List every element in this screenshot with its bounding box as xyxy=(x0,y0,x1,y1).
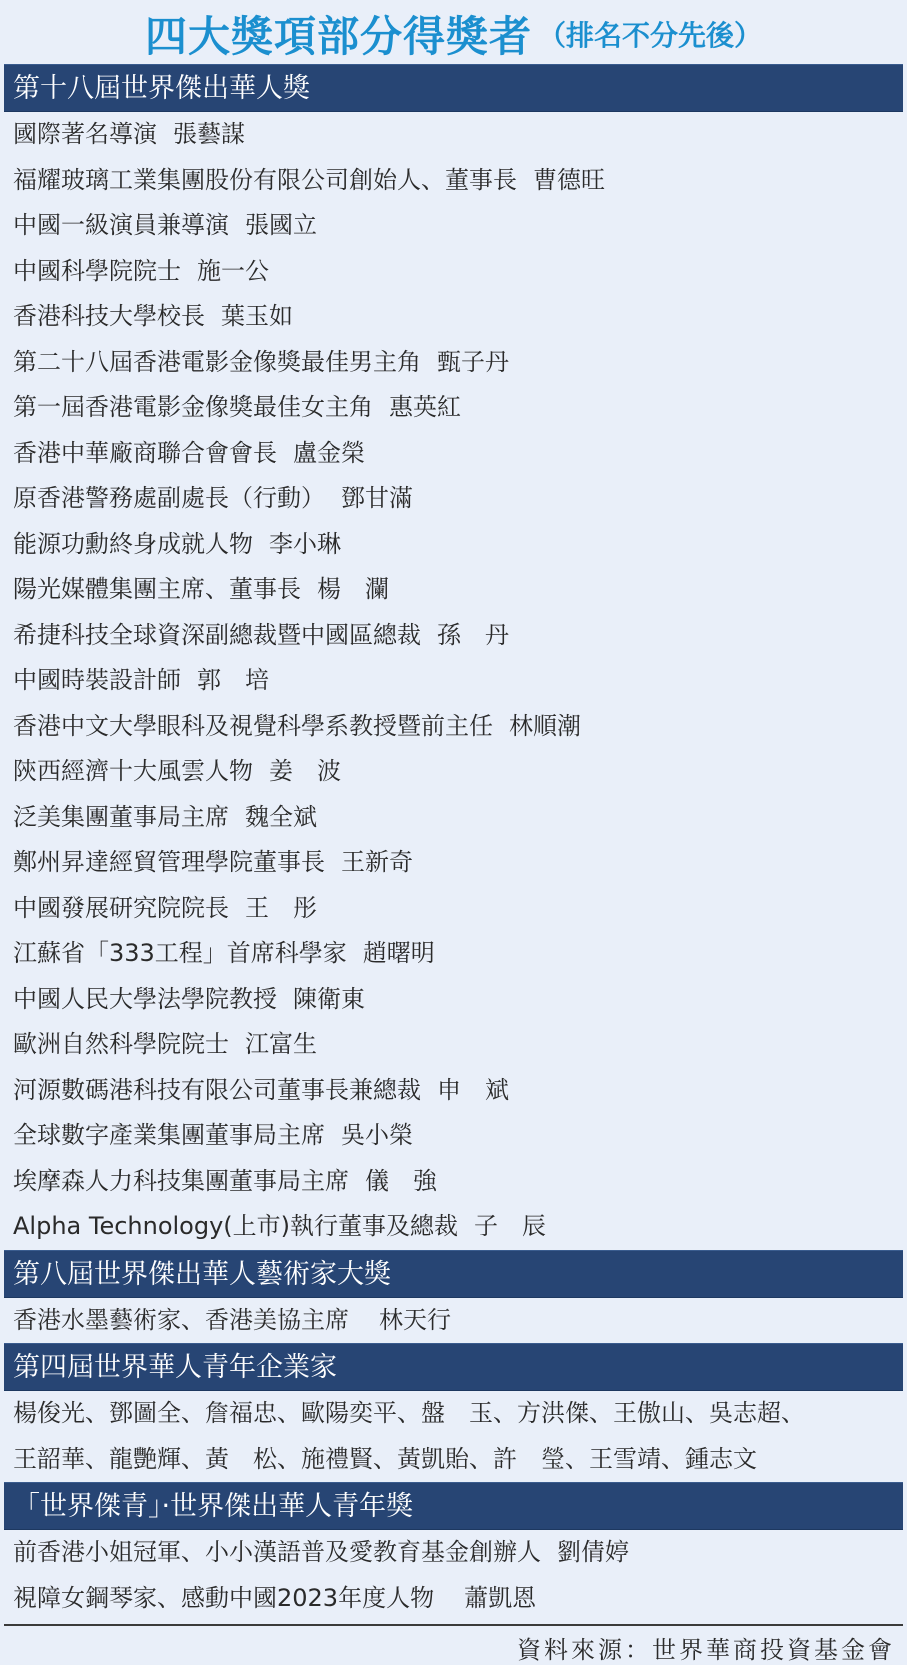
winner-title: 香港科技大學校長 xyxy=(13,302,205,330)
list-item: 楊俊光、鄧圖全、詹福忠、歐陽奕平、盤 玉、方洪傑、王傲山、吳志超、 xyxy=(4,1391,903,1437)
list-item: 埃摩森人力科技集團董事局主席儀 強 xyxy=(4,1159,903,1205)
winner-title: 陝西經濟十大風雲人物 xyxy=(13,757,253,785)
winner-name: 江富生 xyxy=(245,1030,317,1058)
winner-name: 儀 強 xyxy=(365,1167,437,1195)
winner-title: 香港水墨藝術家、香港美協主席 xyxy=(13,1306,349,1334)
list-item: 能源功勳終身成就人物李小琳 xyxy=(4,522,903,568)
source-credit: 資料來源：世界華商投資基金會 xyxy=(517,1630,895,1665)
list-item: 原香港警務處副處長（行動）鄧甘滿 xyxy=(4,476,903,522)
winner-title: 希捷科技全球資深副總裁暨中國區總裁 xyxy=(13,621,421,649)
list-item: 陽光媒體集團主席、董事長楊 瀾 xyxy=(4,567,903,613)
winner-name: 張藝謀 xyxy=(173,120,245,148)
section-list-youth-award: 前香港小姐冠軍、小小漢語普及愛教育基金創辦人劉倩婷 視障女鋼琴家、感動中國202… xyxy=(4,1530,903,1621)
list-item: 中國科學院院士施一公 xyxy=(4,249,903,295)
list-item: 陝西經濟十大風雲人物姜 波 xyxy=(4,749,903,795)
list-item: 歐洲自然科學院院士江富生 xyxy=(4,1022,903,1068)
winner-title: 中國一級演員兼導演 xyxy=(13,211,229,239)
awards-list: 第十八屆世界傑出華人獎 國際著名導演張藝謀 福耀玻璃工業集團股份有限公司創始人、… xyxy=(4,64,903,1621)
winner-title: 能源功勳終身成就人物 xyxy=(13,530,253,558)
winner-name: 王新奇 xyxy=(341,848,413,876)
winner-name: 惠英紅 xyxy=(389,393,461,421)
section-list-outstanding-chinese-award: 國際著名導演張藝謀 福耀玻璃工業集團股份有限公司創始人、董事長曹德旺 中國一級演… xyxy=(4,112,903,1250)
list-item: 全球數字產業集團董事局主席吳小榮 xyxy=(4,1113,903,1159)
title-subtitle: （排名不分先後） xyxy=(538,19,762,52)
list-item: 希捷科技全球資深副總裁暨中國區總裁孫 丹 xyxy=(4,613,903,659)
section-header-youth-award: 「世界傑青」‧世界傑出華人青年獎 xyxy=(4,1482,903,1530)
winner-name: 楊 瀾 xyxy=(317,575,389,603)
winner-title: 原香港警務處副處長（行動） xyxy=(13,484,325,512)
list-item: 香港科技大學校長葉玉如 xyxy=(4,294,903,340)
winner-title: 第二十八屆香港電影金像獎最佳男主角 xyxy=(13,348,421,376)
list-item: 香港水墨藝術家、香港美協主席林天行 xyxy=(4,1298,903,1344)
winner-title: 埃摩森人力科技集團董事局主席 xyxy=(13,1167,349,1195)
winner-name: 子 辰 xyxy=(474,1212,546,1240)
section-header-young-entrepreneur: 第四屆世界華人青年企業家 xyxy=(4,1343,903,1391)
section-header-outstanding-chinese-award: 第十八屆世界傑出華人獎 xyxy=(4,64,903,112)
winner-name: 甄子丹 xyxy=(437,348,509,376)
winner-name: 魏全斌 xyxy=(245,803,317,831)
page-title: 四大獎項部分得獎者（排名不分先後） xyxy=(0,4,907,64)
winner-title: 香港中華廠商聯合會會長 xyxy=(13,439,277,467)
winner-title: 鄭州昇達經貿管理學院董事長 xyxy=(13,848,325,876)
winner-name: 王 彤 xyxy=(245,894,317,922)
winner-name: 張國立 xyxy=(245,211,317,239)
winner-title: 中國科學院院士 xyxy=(13,257,181,285)
winner-name: 李小琳 xyxy=(269,530,341,558)
list-item: Alpha Technology(上市)執行董事及總裁子 辰 xyxy=(4,1204,903,1250)
list-item: 第一屆香港電影金像獎最佳女主角惠英紅 xyxy=(4,385,903,431)
winner-name: 盧金榮 xyxy=(293,439,365,467)
list-item: 第二十八屆香港電影金像獎最佳男主角甄子丹 xyxy=(4,340,903,386)
winner-title: 江蘇省「333工程」首席科學家 xyxy=(13,939,347,967)
winner-name: 劉倩婷 xyxy=(557,1538,629,1566)
winner-title: 福耀玻璃工業集團股份有限公司創始人、董事長 xyxy=(13,166,517,194)
list-item: 江蘇省「333工程」首席科學家趙曙明 xyxy=(4,931,903,977)
winner-name: 林順潮 xyxy=(509,712,581,740)
winner-title: 第一屆香港電影金像獎最佳女主角 xyxy=(13,393,373,421)
winner-name: 趙曙明 xyxy=(363,939,435,967)
list-item: 香港中華廠商聯合會會長盧金榮 xyxy=(4,431,903,477)
section-header-artist-award: 第八屆世界傑出華人藝術家大獎 xyxy=(4,1250,903,1298)
winner-title: Alpha Technology(上市)執行董事及總裁 xyxy=(13,1212,458,1240)
winner-title: 陽光媒體集團主席、董事長 xyxy=(13,575,301,603)
winner-title: 全球數字產業集團董事局主席 xyxy=(13,1121,325,1149)
list-item: 鄭州昇達經貿管理學院董事長王新奇 xyxy=(4,840,903,886)
winner-title: 泛美集團董事局主席 xyxy=(13,803,229,831)
winner-name: 施一公 xyxy=(197,257,269,285)
winner-name: 葉玉如 xyxy=(221,302,293,330)
winner-name: 曹德旺 xyxy=(533,166,605,194)
winner-title: 河源數碼港科技有限公司董事長兼總裁 xyxy=(13,1076,421,1104)
list-item: 泛美集團董事局主席魏全斌 xyxy=(4,795,903,841)
winner-title: 歐洲自然科學院院士 xyxy=(13,1030,229,1058)
winner-title: 中國時裝設計師 xyxy=(13,666,181,694)
winner-name: 蕭凱恩 xyxy=(464,1584,536,1612)
section-list-young-entrepreneur: 楊俊光、鄧圖全、詹福忠、歐陽奕平、盤 玉、方洪傑、王傲山、吳志超、 王韶華、龍艷… xyxy=(4,1391,903,1482)
list-item: 國際著名導演張藝謀 xyxy=(4,112,903,158)
winner-title: 中國人民大學法學院教授 xyxy=(13,985,277,1013)
list-item: 福耀玻璃工業集團股份有限公司創始人、董事長曹德旺 xyxy=(4,158,903,204)
list-item: 河源數碼港科技有限公司董事長兼總裁申 斌 xyxy=(4,1068,903,1114)
section-list-artist-award: 香港水墨藝術家、香港美協主席林天行 xyxy=(4,1298,903,1344)
list-item: 前香港小姐冠軍、小小漢語普及愛教育基金創辦人劉倩婷 xyxy=(4,1530,903,1576)
footer-divider xyxy=(4,1624,903,1626)
winner-name: 郭 培 xyxy=(197,666,269,694)
list-item: 中國一級演員兼導演張國立 xyxy=(4,203,903,249)
winner-title: 香港中文大學眼科及視覺科學系教授暨前主任 xyxy=(13,712,493,740)
list-item: 視障女鋼琴家、感動中國2023年度人物蕭凱恩 xyxy=(4,1576,903,1622)
list-item: 中國發展研究院院長王 彤 xyxy=(4,886,903,932)
winner-name: 姜 波 xyxy=(269,757,341,785)
list-item: 中國時裝設計師郭 培 xyxy=(4,658,903,704)
list-item: 中國人民大學法學院教授陳衛東 xyxy=(4,977,903,1023)
winner-name: 林天行 xyxy=(379,1306,451,1334)
winner-title: 前香港小姐冠軍、小小漢語普及愛教育基金創辦人 xyxy=(13,1538,541,1566)
winner-title: 視障女鋼琴家、感動中國2023年度人物 xyxy=(13,1584,434,1612)
winner-title: 國際著名導演 xyxy=(13,120,157,148)
list-item: 王韶華、龍艷輝、黃 松、施禮賢、黃凱貽、許 瑩、王雪靖、鍾志文 xyxy=(4,1437,903,1483)
winner-name: 吳小榮 xyxy=(341,1121,413,1149)
winner-name: 陳衛東 xyxy=(293,985,365,1013)
winner-name: 申 斌 xyxy=(437,1076,509,1104)
winner-name: 孫 丹 xyxy=(437,621,509,649)
winner-title: 中國發展研究院院長 xyxy=(13,894,229,922)
list-item: 香港中文大學眼科及視覺科學系教授暨前主任林順潮 xyxy=(4,704,903,750)
title-main: 四大獎項部分得獎者 xyxy=(145,12,532,61)
winner-name: 鄧甘滿 xyxy=(341,484,413,512)
